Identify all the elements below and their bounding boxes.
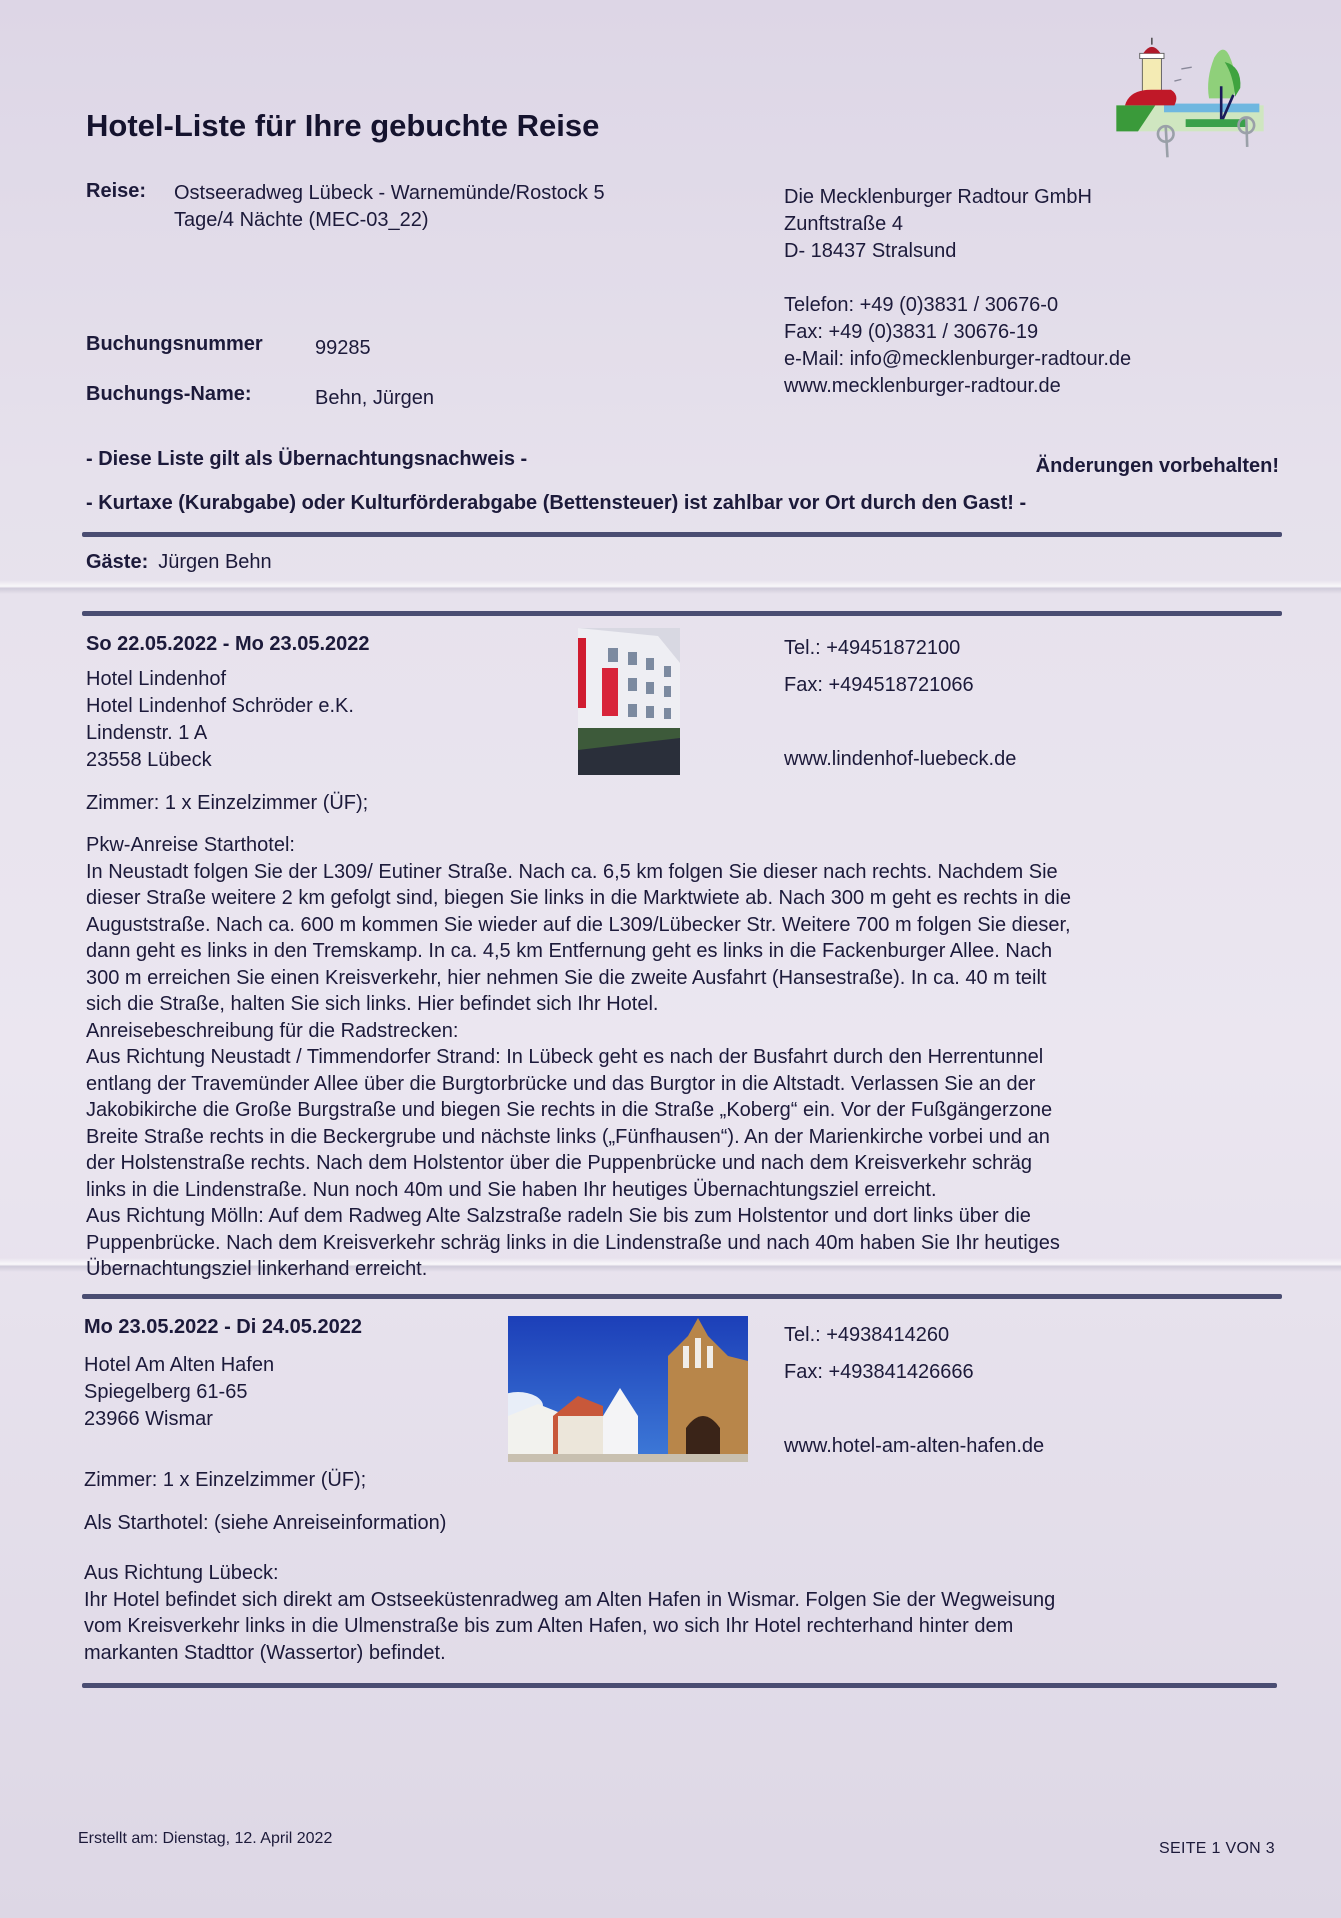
directions-line: Aus Richtung Mölln: Auf dem Radweg Alte … (86, 1203, 1286, 1230)
directions-line: dieser Straße weitere 2 km gefolgt sind,… (86, 885, 1286, 912)
hotel-fax: Fax: +494518721066 (784, 667, 1016, 704)
page-number: SEITE 1 VON 3 (1159, 1840, 1275, 1858)
directions-text: Aus Richtung Lübeck:Ihr Hotel befindet s… (84, 1560, 1284, 1666)
company-street: Zunftstraße 4 (784, 211, 1131, 238)
created-date: Erstellt am: Dienstag, 12. April 2022 (78, 1830, 332, 1848)
hotel-city: 23558 Lübeck (86, 747, 354, 774)
directions-line: Aus Richtung Lübeck: (84, 1560, 1284, 1587)
booking-name-label: Buchungs-Name: (86, 383, 252, 406)
directions-line: markanten Stadttor (Wassertor) befindet. (84, 1640, 1284, 1667)
directions-line: Breite Straße rechts in die Beckergrube … (86, 1124, 1286, 1151)
notice-changes-reserved: Änderungen vorbehalten! (1036, 455, 1279, 478)
booking-name: Behn, Jürgen (315, 385, 434, 412)
hotel-am-alten-hafen-photo (508, 1316, 748, 1462)
starthotel-info: Als Starthotel: (siehe Anreiseinformatio… (84, 1510, 446, 1537)
divider (82, 532, 1282, 537)
page-title: Hotel-Liste für Ihre gebuchte Reise (86, 108, 599, 144)
hotel-name: Hotel Am Alten Hafen (84, 1352, 274, 1379)
room-info: Zimmer: 1 x Einzelzimmer (ÜF); (84, 1467, 366, 1494)
directions-line: Anreisebeschreibung für die Radstrecken: (86, 1018, 1286, 1045)
company-website[interactable]: www.mecklenburger-radtour.de (784, 373, 1131, 400)
hotel-street: Spiegelberg 61-65 (84, 1379, 274, 1406)
hotel-address: Hotel Am Alten Hafen Spiegelberg 61-65 2… (84, 1352, 274, 1433)
company-fax: Fax: +49 (0)3831 / 30676-19 (784, 319, 1131, 346)
trip-name-line: Tage/4 Nächte (MEC-03_22) (174, 207, 734, 234)
hotel-city: 23966 Wismar (84, 1406, 274, 1433)
hotel-lindenhof-photo (578, 628, 680, 775)
stay-date: Mo 23.05.2022 - Di 24.05.2022 (84, 1316, 362, 1339)
divider (82, 1683, 1277, 1688)
directions-line: sich die Straße, halten Sie sich links. … (86, 991, 1286, 1018)
directions-line: Ihr Hotel befindet sich direkt am Ostsee… (84, 1587, 1284, 1614)
hotel-building-photo-icon (578, 628, 680, 775)
directions-line: Pkw-Anreise Starthotel: (86, 832, 1286, 859)
company-address-block: Die Mecklenburger Radtour GmbH Zunftstra… (784, 184, 1131, 400)
hotel-website[interactable]: www.hotel-am-alten-hafen.de (784, 1428, 1044, 1465)
directions-line: Jakobikirche die Große Burgstraße und bi… (86, 1097, 1286, 1124)
directions-line: Aus Richtung Neustadt / Timmendorfer Str… (86, 1044, 1286, 1071)
directions-line: Auguststraße. Nach ca. 600 m kommen Sie … (86, 912, 1286, 939)
divider (82, 611, 1282, 616)
directions-text: Pkw-Anreise Starthotel:In Neustadt folge… (86, 832, 1286, 1283)
booking-number-label: Buchungsnummer (86, 333, 263, 356)
directions-line: der Holstenstraße rechts. Nach dem Holst… (86, 1150, 1286, 1177)
company-email[interactable]: e-Mail: info@mecklenburger-radtour.de (784, 346, 1131, 373)
hotel-contact: Tel.: +4938414260 Fax: +493841426666 www… (784, 1317, 1044, 1465)
directions-line: In Neustadt folgen Sie der L309/ Eutiner… (86, 859, 1286, 886)
wassertor-town-photo-icon (508, 1316, 748, 1462)
hotel-company: Hotel Lindenhof Schröder e.K. (86, 693, 354, 720)
hotel-phone: Tel.: +49451872100 (784, 630, 1016, 667)
lighthouse-cyclists-logo-icon (1100, 36, 1280, 166)
guests-label: Gäste: (86, 551, 148, 573)
directions-line: dann geht es links in den Tremskamp. In … (86, 938, 1286, 965)
notice-overnight-proof: - Diese Liste gilt als Übernachtungsnach… (86, 448, 527, 471)
directions-line: Puppenbrücke. Nach dem Kreisverkehr schr… (86, 1230, 1286, 1257)
guests-value: Jürgen Behn (158, 551, 271, 573)
hotel-contact: Tel.: +49451872100 Fax: +494518721066 ww… (784, 630, 1016, 778)
notice-tourist-tax: - Kurtaxe (Kurabgabe) oder Kulturfördera… (86, 492, 1026, 515)
directions-line: Übernachtungsziel linkerhand erreicht. (86, 1256, 1286, 1283)
guests-row: Gäste:Jürgen Behn (86, 551, 272, 574)
trip-label: Reise: (86, 180, 146, 203)
paper-fold (0, 580, 1341, 594)
trip-name-line: Ostseeradweg Lübeck - Warnemünde/Rostock… (174, 180, 734, 207)
company-name: Die Mecklenburger Radtour GmbH (784, 184, 1131, 211)
company-phone: Telefon: +49 (0)3831 / 30676-0 (784, 292, 1131, 319)
directions-line: 300 m erreichen Sie einen Kreisverkehr, … (86, 965, 1286, 992)
company-city: D- 18437 Stralsund (784, 238, 1131, 265)
directions-line: links in die Lindenstraße. Nun noch 40m … (86, 1177, 1286, 1204)
hotel-address: Hotel Lindenhof Hotel Lindenhof Schröder… (86, 666, 354, 774)
hotel-phone: Tel.: +4938414260 (784, 1317, 1044, 1354)
trip-name: Ostseeradweg Lübeck - Warnemünde/Rostock… (174, 180, 734, 234)
hotel-name: Hotel Lindenhof (86, 666, 354, 693)
hotel-street: Lindenstr. 1 A (86, 720, 354, 747)
hotel-website[interactable]: www.lindenhof-luebeck.de (784, 741, 1016, 778)
directions-line: vom Kreisverkehr links in die Ulmenstraß… (84, 1613, 1284, 1640)
booking-number: 99285 (315, 335, 371, 362)
room-info: Zimmer: 1 x Einzelzimmer (ÜF); (86, 790, 368, 817)
stay-date: So 22.05.2022 - Mo 23.05.2022 (86, 633, 370, 656)
directions-line: entlang der Travemünder Allee über die B… (86, 1071, 1286, 1098)
divider (82, 1294, 1282, 1299)
hotel-fax: Fax: +493841426666 (784, 1354, 1044, 1391)
